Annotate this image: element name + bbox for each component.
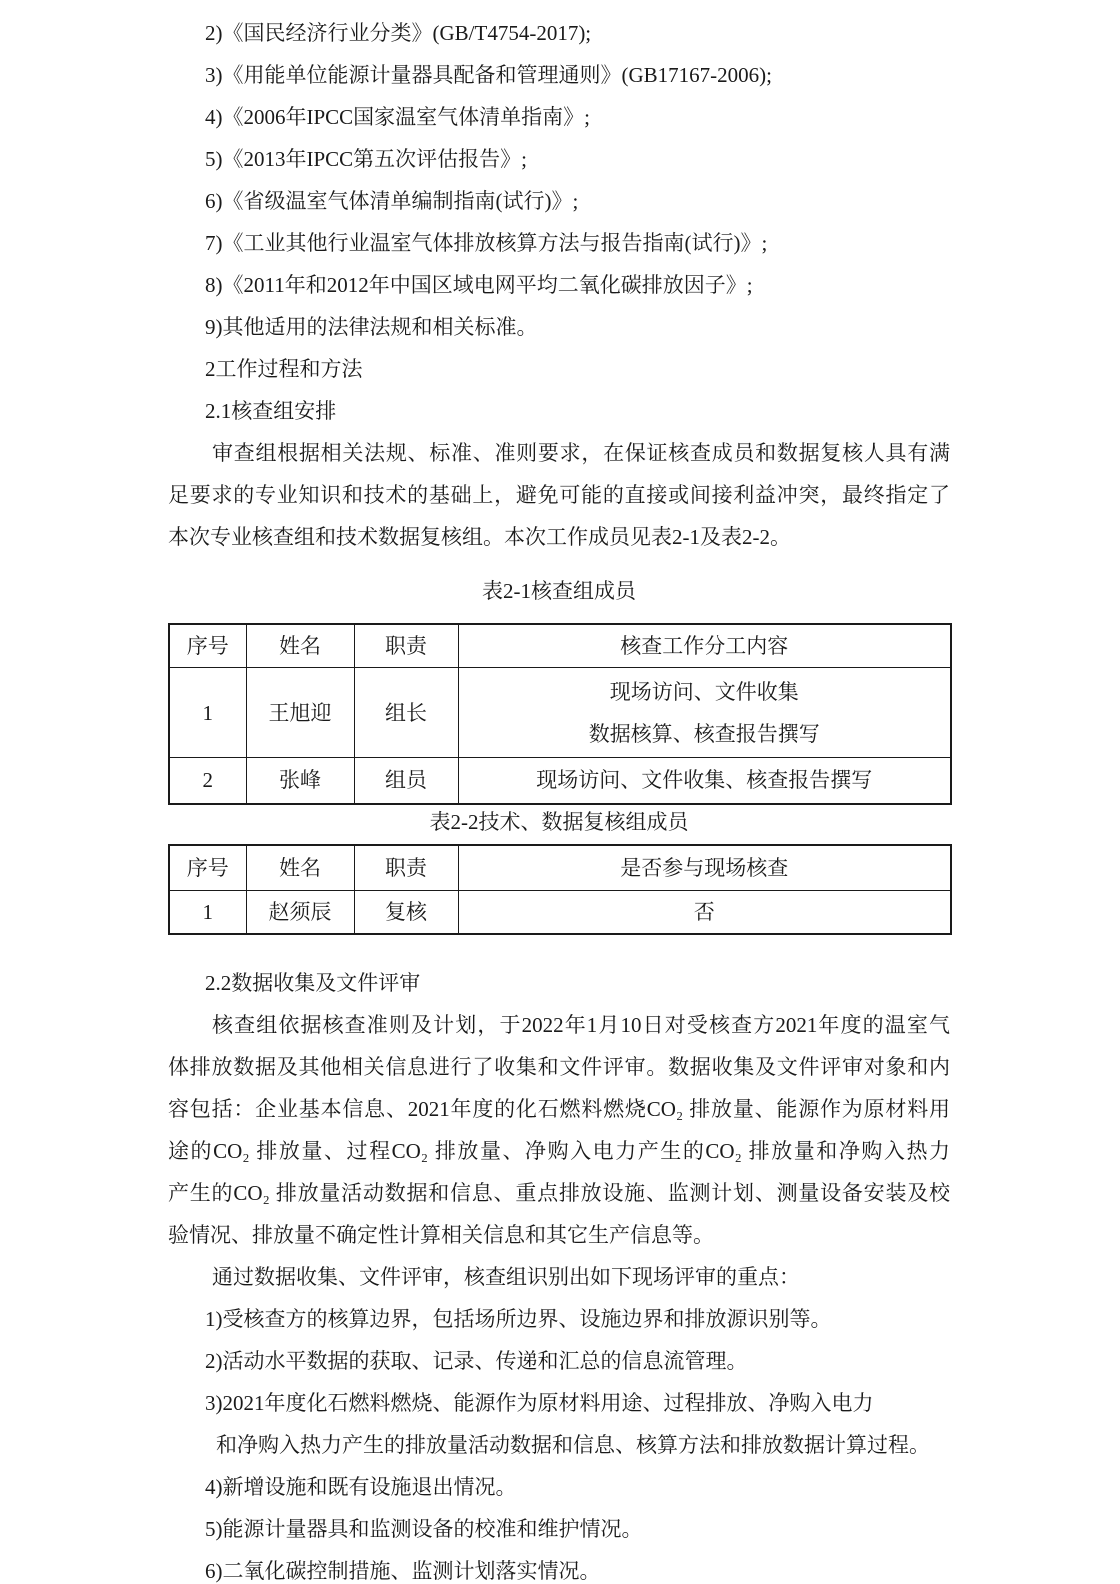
- duty-line: 数据核算、核查报告撰写: [459, 713, 951, 755]
- cell-no: 2: [169, 758, 246, 804]
- paragraph-line: 体排放数据及其他相关信息进行了收集和文件评审。数据收集及文件评审对象和内: [168, 1046, 950, 1088]
- cell-name: 王旭迎: [246, 668, 354, 758]
- focus-list-item-continuation: 和净购入热力产生的排放量活动数据和信息、核算方法和排放数据计算过程。: [168, 1424, 950, 1466]
- cell-role: 组长: [354, 668, 458, 758]
- focus-list-item: 1)受核查方的核算边界，包括场所边界、设施边界和排放源识别等。: [168, 1298, 950, 1340]
- section-2-1-heading: 2.1核查组安排: [168, 390, 950, 432]
- cell-no: 1: [169, 891, 246, 935]
- reference-item: 6)《省级温室气体清单编制指南(试行)》;: [168, 180, 950, 222]
- header-cell-name: 姓名: [246, 624, 354, 668]
- verification-team-table: 序号 姓名 职责 核查工作分工内容 1 王旭迎 组长 现场访问、文件收集 数据核…: [168, 623, 952, 805]
- table-row: 1 赵须辰 复核 否: [169, 891, 951, 935]
- table-header-row: 序号 姓名 职责 是否参与现场核查: [169, 845, 951, 891]
- cell-role: 复核: [354, 891, 458, 935]
- header-cell-onsite: 是否参与现场核查: [458, 845, 951, 891]
- paragraph-line: 产生的CO₂ 排放量活动数据和信息、重点排放设施、监测计划、测量设备安装及校: [168, 1172, 950, 1214]
- paragraph-line: 足要求的专业知识和技术的基础上，避免可能的直接或间接利益冲突，最终指定了: [168, 474, 950, 516]
- header-cell-duty: 核查工作分工内容: [458, 624, 951, 668]
- table-2-2-caption: 表2-2技术、数据复核组成员: [168, 805, 950, 839]
- paragraph-line: 本次专业核查组和技术数据复核组。本次工作成员见表2-1及表2-2。: [168, 516, 950, 558]
- table-row: 1 王旭迎 组长 现场访问、文件收集 数据核算、核查报告撰写: [169, 668, 951, 758]
- header-cell-role: 职责: [354, 624, 458, 668]
- header-cell-no: 序号: [169, 845, 246, 891]
- header-cell-role: 职责: [354, 845, 458, 891]
- document-page: 2)《国民经济行业分类》(GB/T4754-2017); 3)《用能单位能源计量…: [0, 0, 1120, 1584]
- focus-list-item: 3)2021年度化石燃料燃烧、能源作为原材料用途、过程排放、净购入电力: [168, 1382, 950, 1424]
- paragraph-line: 容包括：企业基本信息、2021年度的化石燃料燃烧CO₂ 排放量、能源作为原材料用: [168, 1088, 950, 1130]
- focus-list-item: 5)能源计量器具和监测设备的校准和维护情况。: [168, 1508, 950, 1550]
- reference-item: 8)《2011年和2012年中国区域电网平均二氧化碳排放因子》;: [168, 264, 950, 306]
- document-content: 2)《国民经济行业分类》(GB/T4754-2017); 3)《用能单位能源计量…: [168, 12, 950, 1584]
- cell-name: 张峰: [246, 758, 354, 804]
- cell-duty: 现场访问、文件收集、核查报告撰写: [458, 758, 951, 804]
- duty-line: 现场访问、文件收集: [459, 671, 951, 713]
- cell-name: 赵须辰: [246, 891, 354, 935]
- paragraph-line: 通过数据收集、文件评审，核查组识别出如下现场评审的重点：: [168, 1256, 950, 1298]
- table-row: 2 张峰 组员 现场访问、文件收集、核查报告撰写: [169, 758, 951, 804]
- section-2-heading: 2工作过程和方法: [168, 348, 950, 390]
- paragraph-line: 审查组根据相关法规、标准、准则要求，在保证核查成员和数据复核人具有满: [168, 432, 950, 474]
- reference-item: 5)《2013年IPCC第五次评估报告》;: [168, 138, 950, 180]
- reference-item: 2)《国民经济行业分类》(GB/T4754-2017);: [168, 12, 950, 54]
- section-2-2-heading: 2.2数据收集及文件评审: [168, 962, 950, 1004]
- paragraph-line: 验情况、排放量不确定性计算相关信息和其它生产信息等。: [168, 1214, 950, 1256]
- cell-role: 组员: [354, 758, 458, 804]
- table-2-1-caption: 表2-1核查组成员: [168, 570, 950, 612]
- reference-item: 3)《用能单位能源计量器具配备和管理通则》(GB17167-2006);: [168, 54, 950, 96]
- header-cell-name: 姓名: [246, 845, 354, 891]
- cell-no: 1: [169, 668, 246, 758]
- cell-duty: 现场访问、文件收集 数据核算、核查报告撰写: [458, 668, 951, 758]
- paragraph-line: 核查组依据核查准则及计划，于2022年1月10日对受核查方2021年度的温室气: [168, 1004, 950, 1046]
- table-header-row: 序号 姓名 职责 核查工作分工内容: [169, 624, 951, 668]
- focus-list-item: 6)二氧化碳控制措施、监测计划落实情况。: [168, 1550, 950, 1584]
- focus-list-item: 2)活动水平数据的获取、记录、传递和汇总的信息流管理。: [168, 1340, 950, 1382]
- focus-list-item: 4)新增设施和既有设施退出情况。: [168, 1466, 950, 1508]
- reference-item: 9)其他适用的法律法规和相关标准。: [168, 306, 950, 348]
- paragraph-line: 途的CO₂ 排放量、过程CO₂ 排放量、净购入电力产生的CO₂ 排放量和净购入热…: [168, 1130, 950, 1172]
- review-team-table: 序号 姓名 职责 是否参与现场核查 1 赵须辰 复核 否: [168, 844, 952, 936]
- reference-item: 7)《工业其他行业温室气体排放核算方法与报告指南(试行)》;: [168, 222, 950, 264]
- cell-onsite: 否: [458, 891, 951, 935]
- reference-item: 4)《2006年IPCC国家温室气体清单指南》;: [168, 96, 950, 138]
- header-cell-no: 序号: [169, 624, 246, 668]
